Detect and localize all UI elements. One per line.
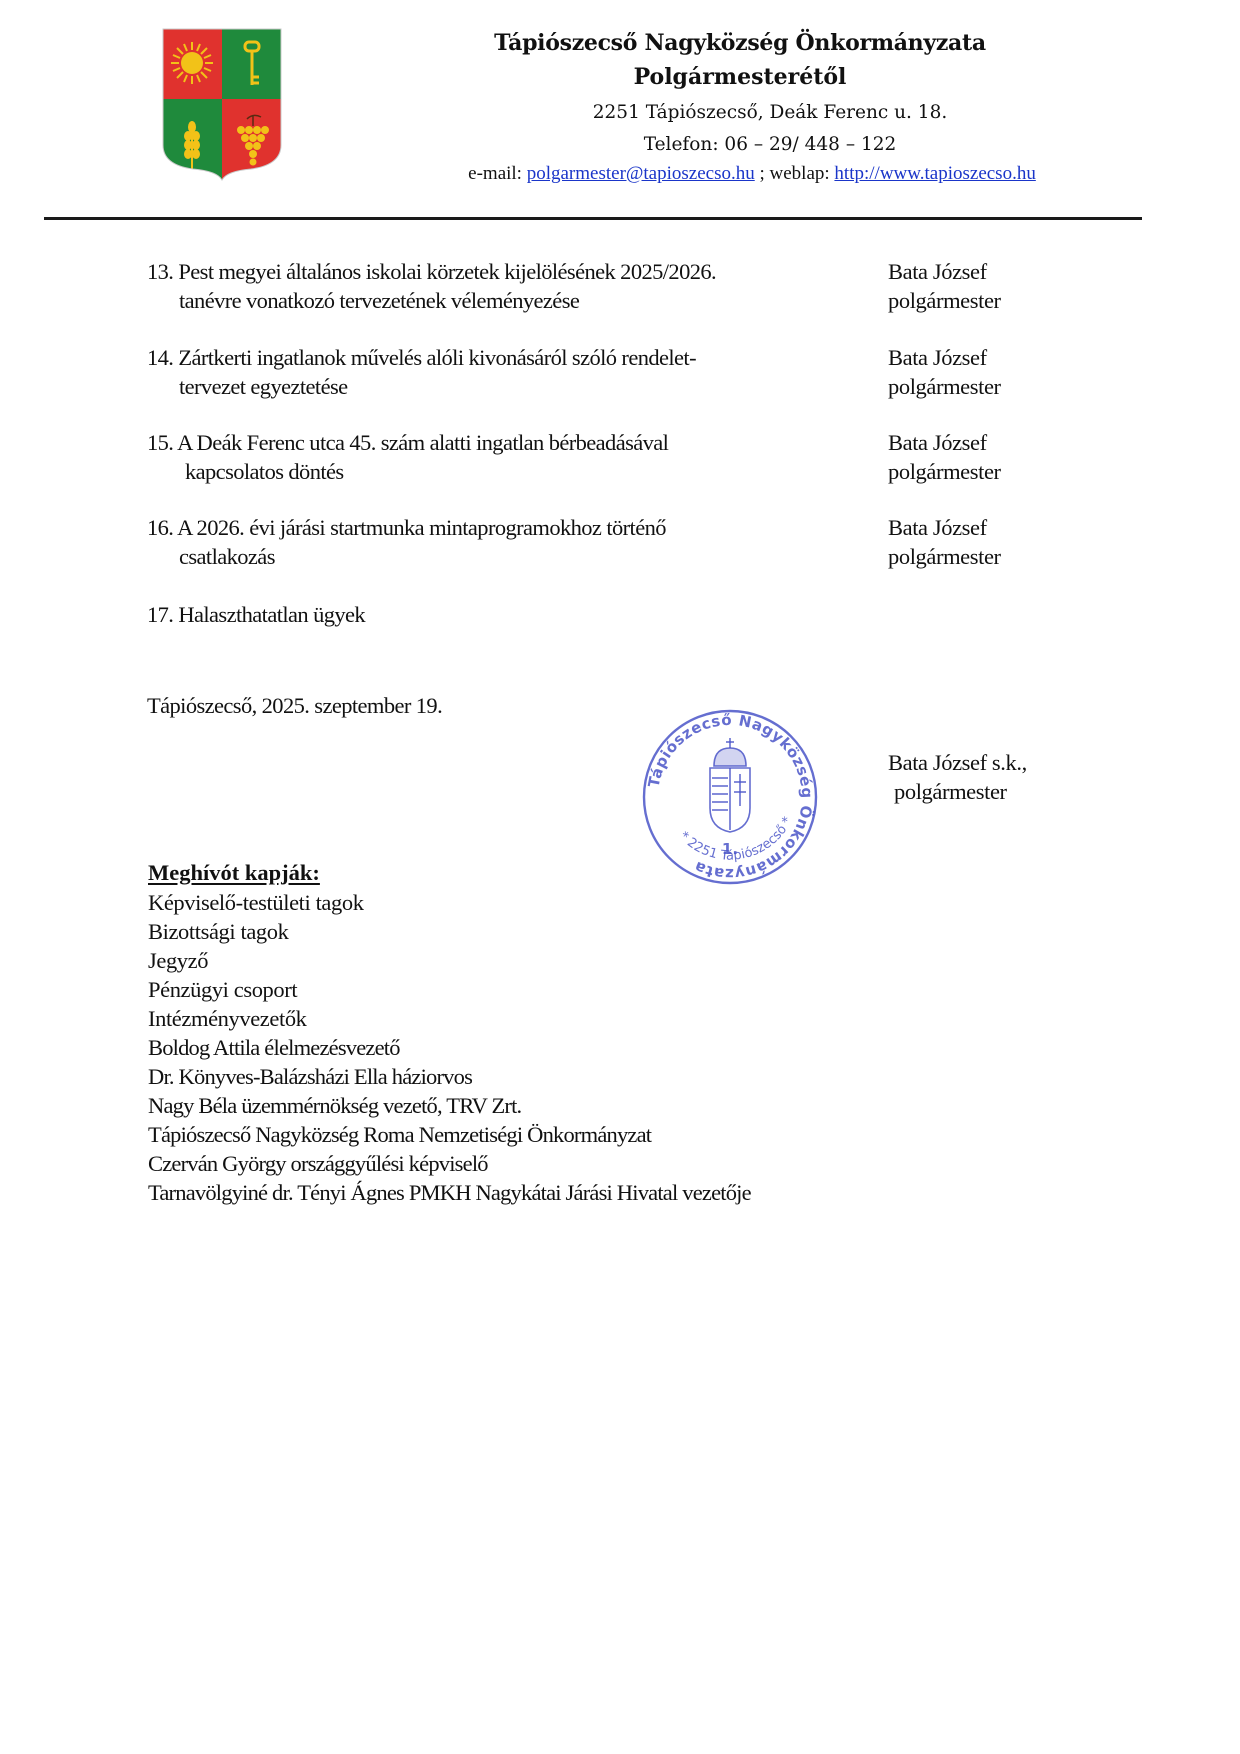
owner-title: polgármester xyxy=(888,542,1001,571)
signatory-title: polgármester xyxy=(888,777,1027,806)
agenda-item-number: 13. xyxy=(147,259,173,284)
agenda-item-16-owner: Bata József polgármester xyxy=(888,513,1001,571)
recipients-heading: Meghívót kapják: xyxy=(148,860,320,886)
owner-title: polgármester xyxy=(888,372,1001,401)
office-name: Polgármesterétől xyxy=(340,64,1140,90)
recipient-item: Czerván György országgyűlési képviselő xyxy=(148,1149,751,1178)
official-seal-stamp-icon: Tápiószecső Nagyközség Önkormányzata * 2… xyxy=(640,708,820,886)
phone-number: Telefon: 06 – 29/ 448 – 122 xyxy=(370,134,1170,155)
recipient-item: Tápiószecső Nagyközség Roma Nemzetiségi … xyxy=(148,1120,751,1149)
agenda-item-16: 16. A 2026. évi járási startmunka mintap… xyxy=(147,513,666,571)
agenda-item-14-owner: Bata József polgármester xyxy=(888,343,1001,401)
agenda-item-14: 14. Zártkerti ingatlanok művelés alóli k… xyxy=(147,343,696,401)
website-link[interactable]: http://www.tapioszecso.hu xyxy=(834,163,1035,184)
recipients-list: Képviselő-testületi tagok Bizottsági tag… xyxy=(148,888,751,1207)
municipal-coat-of-arms-icon xyxy=(161,27,283,181)
weblap-label: ; weblap: xyxy=(755,163,835,184)
agenda-item-text-cont: tervezet egyeztetése xyxy=(147,372,696,401)
header-divider xyxy=(44,217,1142,220)
agenda-item-17: 17. Halaszthatatlan ügyek xyxy=(147,600,365,629)
recipient-item: Képviselő-testületi tagok xyxy=(148,888,751,917)
agenda-item-text-cont: kapcsolatos döntés xyxy=(147,457,668,486)
agenda-item-text: Pest megyei általános iskolai körzetek k… xyxy=(178,259,716,284)
agenda-item-text: A 2026. évi járási startmunka mintaprogr… xyxy=(177,515,666,540)
owner-name: Bata József xyxy=(888,513,1001,542)
place-and-date: Tápiószecső, 2025. szeptember 19. xyxy=(147,693,442,719)
owner-title: polgármester xyxy=(888,286,1001,315)
recipient-item: Dr. Könyves-Balázsházi Ella háziorvos xyxy=(148,1062,751,1091)
agenda-item-text: Halaszthatatlan ügyek xyxy=(178,602,365,627)
owner-name: Bata József xyxy=(888,257,1001,286)
municipality-name: Tápiószecső Nagyközség Önkormányzata xyxy=(340,30,1140,56)
agenda-item-15-owner: Bata József polgármester xyxy=(888,428,1001,486)
owner-name: Bata József xyxy=(888,428,1001,457)
agenda-item-number: 16. xyxy=(147,515,173,540)
agenda-item-15: 15. A Deák Ferenc utca 45. szám alatti i… xyxy=(147,428,668,486)
agenda-item-number: 17. xyxy=(147,602,173,627)
recipient-item: Boldog Attila élelmezésvezető xyxy=(148,1033,751,1062)
signature-block: Bata József s.k., polgármester xyxy=(888,748,1027,806)
stamp-number: 1. xyxy=(722,840,738,858)
agenda-item-13: 13. Pest megyei általános iskolai körzet… xyxy=(147,257,716,315)
agenda-item-text: A Deák Ferenc utca 45. szám alatti ingat… xyxy=(177,430,668,455)
postal-address: 2251 Tápiószecső, Deák Ferenc u. 18. xyxy=(370,102,1170,123)
agenda-item-text-cont: csatlakozás xyxy=(147,542,666,571)
agenda-item-text-cont: tanévre vonatkozó tervezetének véleménye… xyxy=(147,286,716,315)
agenda-item-text: Zártkerti ingatlanok művelés alóli kivon… xyxy=(178,345,696,370)
contact-line: e-mail: polgarmester@tapioszecso.hu ; we… xyxy=(352,163,1152,185)
owner-title: polgármester xyxy=(888,457,1001,486)
recipient-item: Intézményvezetők xyxy=(148,1004,751,1033)
agenda-item-number: 14. xyxy=(147,345,173,370)
recipient-item: Pénzügyi csoport xyxy=(148,975,751,1004)
recipient-item: Jegyző xyxy=(148,946,751,975)
email-link[interactable]: polgarmester@tapioszecso.hu xyxy=(527,163,755,184)
agenda-item-number: 15. xyxy=(147,430,173,455)
recipient-item: Tarnavölgyiné dr. Tényi Ágnes PMKH Nagyk… xyxy=(148,1178,751,1207)
recipient-item: Bizottsági tagok xyxy=(148,917,751,946)
signatory-name: Bata József s.k., xyxy=(888,748,1027,777)
owner-name: Bata József xyxy=(888,343,1001,372)
agenda-item-13-owner: Bata József polgármester xyxy=(888,257,1001,315)
email-label: e-mail: xyxy=(468,163,527,184)
recipient-item: Nagy Béla üzemmérnökség vezető, TRV Zrt. xyxy=(148,1091,751,1120)
